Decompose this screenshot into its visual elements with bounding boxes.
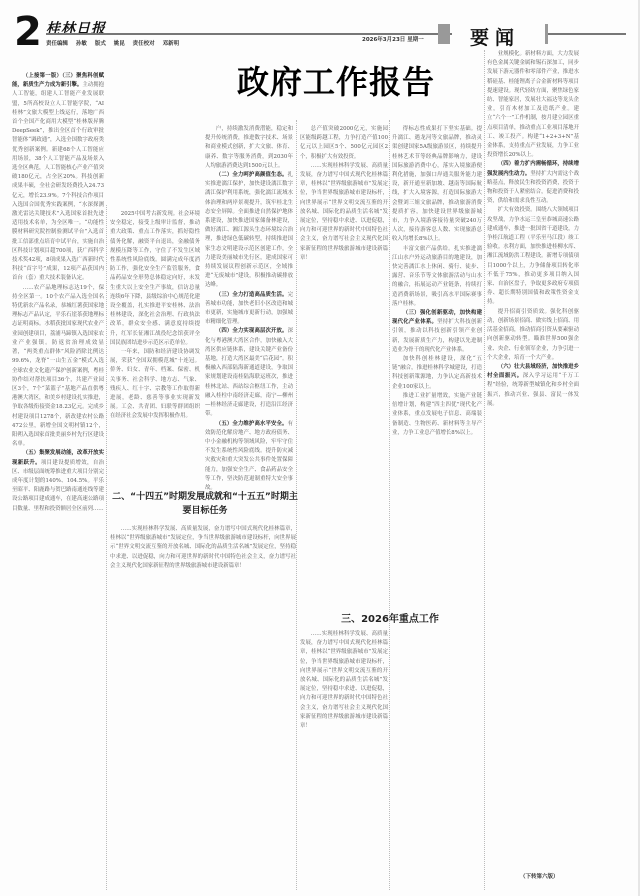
paragraph-text: 加快科创桂林建设，深化“五链”融合，推进桂林科学城建设，打造科技创新策源地，力争… [392, 356, 482, 390]
paragraph-text: 有效防范化解房地产、地方政府债务、中小金融机构等领域风险，牢牢守住不发生系统性风… [205, 421, 293, 491]
paragraph: ……农产品地理标志达19个，保持全区第一。10个农产品入选全国名特优新农产品名录… [12, 284, 104, 450]
paragraph: ……实现桂林科学发展、高质量发展，奋力谱写中国式现代化桂林篇章，桂林以“世界级旅… [300, 162, 388, 263]
page-number: 2 [14, 12, 42, 52]
section-name: 要闻 [470, 23, 520, 50]
column-divider [484, 50, 485, 890]
paragraph-text: 扎实推进漓江保护，加快建设漓江数字漓江保护利用系统，强化漓江流域水体治理和两岸景… [205, 172, 293, 288]
paragraph: （三）强化创新驱动，加快构建现代化产业体系。坚持扩大科技创新引领，推动以科技创新… [392, 309, 482, 355]
paragraph: 业规模化。新材料方面，大力发展有色金属关键金属和锡石深加工，同步发展下游元器件和… [487, 50, 579, 160]
paragraph: （四）着力扩内需畅循环，持续增强发展内生动力。坚持扩大内需这个战略基点，释放民生… [487, 160, 579, 206]
article-column-4b: ……实现桂林科学发展、高质量发展，奋力谱写中国式现代化桂林篇章，桂林以“世界级旅… [300, 630, 388, 890]
paragraph-text: 深化与粤港澳大湾区合作，加快融入大湾区供应链体系，建设关键产业备份基地，打造大湾… [205, 328, 293, 417]
paragraph-text: ……农产品地理标志达19个，保持全区第一。10个农产品入选全国名特优新农产品名录… [12, 285, 104, 447]
issue-date: 2026年3月23日 星期一 [362, 35, 424, 43]
paragraph: （上接第一版）（三）聚焦科创赋能，新质生产力成为新引擎。主动拥抱人工智能，组建人… [12, 72, 104, 284]
article-title: 政府工作报告 [237, 62, 435, 102]
paragraph-text: 丰富文旅产品供给。扎实推进漓江山水户外运动旅游目的地建设，加快完善漓江水上休闲、… [392, 246, 482, 307]
newspaper-page: 2 桂林日报 责任编辑 孙敏 版式 姚昆 责任校对 邓新明 2026年3月23日… [0, 0, 640, 896]
paragraph-text: 主动拥抱人工智能，组建人工智能产业发展联盟，5所高校设立人工智能学院，“AI桂林… [12, 82, 104, 281]
paragraph-text: 总产值突破2000亿元，实施园区能级跨越工程，力争打造产值100亿元以上园区5个… [300, 126, 388, 160]
paragraph: 一年来，国防和经济建设协调发展，荣获“全国双拥模范城”十连冠。侨务、妇女、青年、… [110, 348, 200, 422]
article-column-6: 业规模化。新材料方面，大力发展有色金属关键金属和锡石深加工，同步发展下游元器件和… [487, 50, 579, 865]
paragraph-text: 推进工业扩量增效，实施产业链倍增计划，构建“四主四优”现代化产业体系，重点发展电… [392, 393, 482, 436]
paragraph: 总产值突破2000亿元，实施园区能级跨越工程，力争打造产值100亿元以上园区5个… [300, 125, 388, 162]
continued-notice: （下转第六版） [520, 872, 559, 880]
paragraph-text: ……实现桂林科学发展、高质量发展，奋力谱写中国式现代化桂林篇章，桂林以“世界级旅… [300, 631, 388, 729]
paragraph: 2025中国考古新发现。社会环境安全稳定，接受上级审计监督，推动重大政策、重点工… [110, 210, 200, 348]
paragraph: 加快科创桂林建设，深化“五链”融合，推进桂林科学城建设，打造科技创新策源地，力争… [392, 355, 482, 392]
paragraph-text: 提升招商引资质效。强化科创驱动，创新场景招商、做实线上招商、用活基金招商，推动招… [487, 309, 579, 361]
article-column-1: （上接第一版）（三）聚焦科创赋能，新质生产力成为新引擎。主动拥抱人工智能，组建人… [12, 72, 104, 890]
header-rule-right [548, 33, 626, 35]
paragraph-lead: （四）全力实现高层次开放。 [216, 328, 288, 334]
newspaper-masthead: 桂林日报 [46, 18, 106, 38]
paragraph: （五）全力维护高水平安全。有效防范化解房地产、地方政府债务、中小金融机构等领域风… [205, 420, 293, 494]
paragraph-text: 得标志性成果打下坚实基础。提升漓江、遇龙河等文旅品牌，推动灵渠创建国家5A级旅游… [392, 126, 482, 242]
paragraph-text: 项目建设提质增效，自治区、市级层面统筹推进重大项目分别完成年度计划的140%、1… [12, 460, 104, 512]
section-marker-block [438, 24, 450, 44]
paragraph: （四）全力实现高层次开放。深化与粤港澳大湾区合作，加快融入大湾区供应链体系，建设… [205, 327, 293, 419]
article-column-3: 户，持续激发消费潜能，稳定和提升传统消费，推进数字技术、场景和商业模式创新，扩大… [205, 125, 293, 890]
paragraph-text: 业规模化。新材料方面，大力发展有色金属关键金属和锡石深加工，同步发展下游元器件和… [487, 51, 579, 158]
paragraph-text: 户，持续激发消费潜能，稳定和提升传统消费，推进数字技术、场景和商业模式创新，扩大… [205, 126, 293, 169]
editor-credits: 责任编辑 孙敏 版式 姚昆 责任校对 邓新明 [46, 39, 179, 47]
article-column-4: 总产值突破2000亿元，实施园区能级跨越工程，力争打造产值100亿元以上园区5个… [300, 125, 388, 605]
paragraph-text: 扩大有效投资。围绕八大领域项目攻坚战，力争水运三皇至恭城高速公路建成通车，推进一… [487, 207, 579, 305]
paragraph-text: ……实现桂林科学发展、高质量发展，奋力谱写中国式现代化桂林篇章，桂林以“世界级旅… [300, 163, 388, 261]
paragraph: 丰富文旅产品供给。扎实推进漓江山水户外运动旅游目的地建设，加快完善漓江水上休闲、… [392, 245, 482, 309]
paragraph-lead: （二）全力呵护高颜值生态。 [216, 172, 288, 178]
article-column-5: 得标志性成果打下坚实基础。提升漓江、遇龙河等文旅品牌，推动灵渠创建国家5A级旅游… [392, 125, 482, 890]
paragraph: （五）集聚发展动能，改革开放实现新跃升。项目建设提质增效，自治区、市级层面统筹推… [12, 449, 104, 513]
column-divider [389, 120, 390, 890]
paragraph: 提升招商引资质效。强化科创驱动，创新场景招商、做实线上招商、用活基金招商，推动招… [487, 308, 579, 363]
column-divider [106, 205, 107, 890]
paragraph: 推进工业扩量增效，实施产业链倍增计划，构建“四主四优”现代化产业体系，重点发展电… [392, 392, 482, 438]
paragraph: （二）全力呵护高颜值生态。扎实推进漓江保护，加快建设漓江数字漓江保护利用系统，强… [205, 171, 293, 291]
paragraph: （六）壮大县域经济，加快推进乡村全面振兴。深入学习运用“千万工程”经验，统筹新型… [487, 363, 579, 409]
article-column-2: 2025中国考古新发现。社会环境安全稳定，接受上级审计监督，推动重大政策、重点工… [110, 210, 200, 485]
paragraph-lead: （五）全力维护高水平安全。 [216, 421, 288, 427]
paragraph: ……实现桂林科学发展、高质量发展，奋力谱写中国式现代化桂林篇章，桂林以“世界级旅… [300, 630, 388, 731]
paragraph-lead: （三）全力打造高品质生活。 [216, 292, 288, 298]
paragraph: 扩大有效投资。围绕八大领域项目攻坚战，力争水运三皇至恭城高速公路建成通车，推进一… [487, 206, 579, 307]
paragraph: 得标志性成果打下坚实基础。提升漓江、遇龙河等文旅品牌，推动灵渠创建国家5A级旅游… [392, 125, 482, 245]
paragraph-text: 一年来，国防和经济建设协调发展，荣获“全国双拥模范城”十连冠。侨务、妇女、青年、… [110, 349, 200, 419]
paragraph: 户，持续激发消费潜能，稳定和提升传统消费，推进数字技术、场景和商业模式创新，扩大… [205, 125, 293, 171]
paragraph: （三）全力打造高品质生活。完善城市功能，加快老旧小区改造和城市更新，实施城市更新… [205, 291, 293, 328]
paragraph-text: 2025中国考古新发现。社会环境安全稳定，接受上级审计监督，推动重大政策、重点工… [110, 211, 200, 346]
